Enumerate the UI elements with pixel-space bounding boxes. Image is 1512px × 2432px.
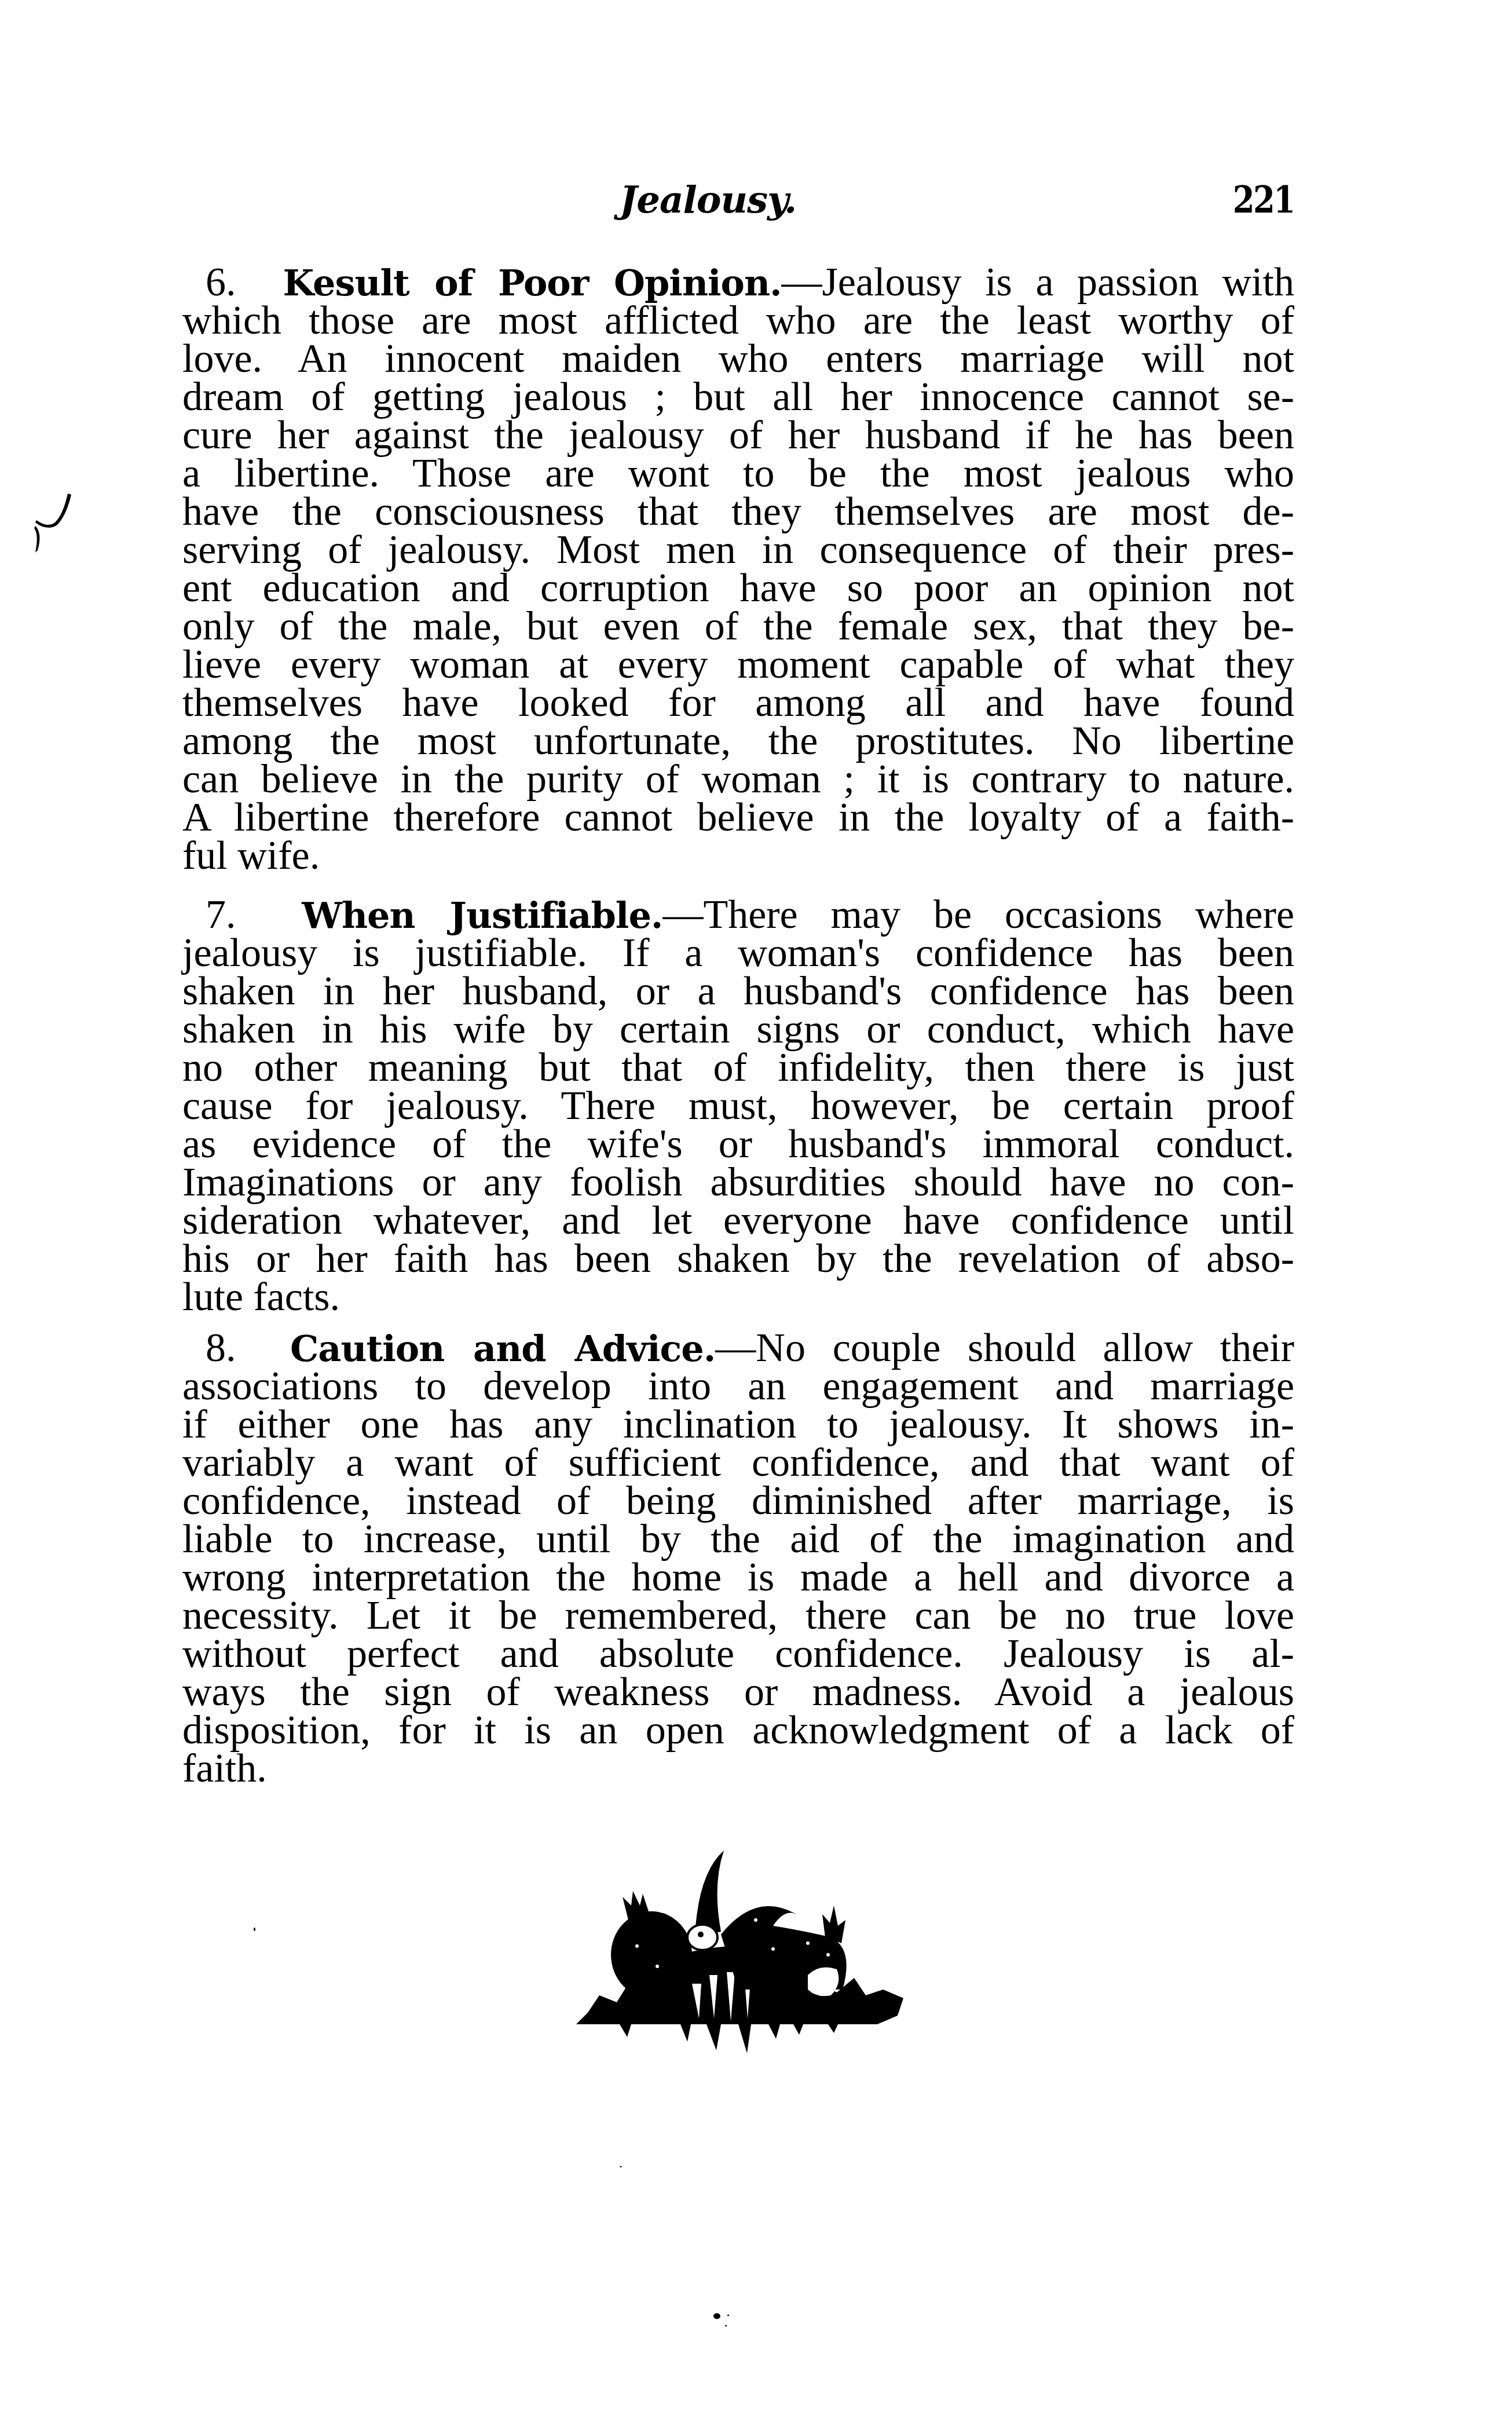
text-line: among the most unfortunate, the prostitu…	[182, 722, 1294, 760]
text-line: A libertine therefore cannot believe in …	[182, 799, 1294, 837]
text-line: lieve every woman at every moment capabl…	[182, 646, 1294, 684]
text-line: disposition, for it is an open acknowled…	[182, 1711, 1294, 1750]
text-line: if either one has any inclination to jea…	[182, 1406, 1294, 1444]
text-line: confidence, instead of being diminished …	[182, 1482, 1294, 1520]
text-line: no other meaning but that of infidelity,…	[182, 1049, 1294, 1087]
running-head-title: Jealousy.	[620, 178, 796, 222]
text-line: without perfect and absolute confidence.…	[182, 1635, 1294, 1673]
text-line: liable to increase, until by the aid of …	[182, 1520, 1294, 1559]
scan-speck	[725, 2325, 727, 2327]
text-line: wrong interpretation the home is made a …	[182, 1559, 1294, 1597]
text-line: which those are most afflicted who are t…	[182, 302, 1294, 340]
text-line: his or her faith has been shaken by the …	[182, 1240, 1294, 1278]
text-line: Imaginations or any foolish absurdities …	[182, 1164, 1294, 1202]
text-line: sideration whatever, and let everyone ha…	[182, 1202, 1294, 1240]
text-line: as evidence of the wife's or husband's i…	[182, 1125, 1294, 1164]
text-line: love. An innocent maiden who enters marr…	[182, 340, 1294, 378]
scan-speck	[727, 2314, 729, 2316]
text-line: dream of getting jealous ; but all her i…	[182, 378, 1294, 416]
scan-speck	[254, 1928, 255, 1931]
text-line: lute facts.	[182, 1278, 1294, 1316]
section-heading-line: 7. When Justifiable.—There may be occasi…	[206, 896, 1294, 934]
section-heading-line: 6. Kesult of Poor Opinion.—Jealousy is a…	[206, 264, 1294, 302]
running-head: Jealousy. 221	[182, 174, 1294, 232]
text-line: faith.	[182, 1750, 1294, 1788]
text-line: cause for jealousy. There must, however,…	[182, 1087, 1294, 1125]
page-number: 221	[1233, 178, 1294, 222]
text-line: can believe in the purity of woman ; it …	[182, 760, 1294, 799]
text-line: shaken in her husband, or a husband's co…	[182, 972, 1294, 1011]
section-heading-line: 8. Caution and Advice.—No couple should …	[206, 1329, 1294, 1367]
text-line: variably a want of sufficient confidence…	[182, 1444, 1294, 1482]
scan-speck	[620, 2166, 622, 2167]
text-line: ent education and corruption have so poo…	[182, 569, 1294, 608]
text-line: serving of jealousy. Most men in consequ…	[182, 531, 1294, 569]
text-line: cure her against the jealousy of her hus…	[182, 416, 1294, 455]
text-line: only of the male, but even of the female…	[182, 608, 1294, 646]
text-line: ful wife.	[182, 837, 1294, 875]
text-line: jealousy is justifiable. If a woman's co…	[182, 934, 1294, 972]
text-line: necessity. Let it be remembered, there c…	[182, 1597, 1294, 1635]
text-line: associations to develop into an engageme…	[182, 1367, 1294, 1406]
book-page: Jealousy. 221 6. Kesult of Poor Opinion.…	[0, 0, 1512, 2432]
scan-speck	[713, 2313, 720, 2319]
text-line: have the consciousness that they themsel…	[182, 493, 1294, 531]
text-line: shaken in his wife by certain signs or c…	[182, 1011, 1294, 1049]
handwritten-check-mark-icon	[32, 492, 78, 562]
text-line: a libertine. Those are wont to be the mo…	[182, 455, 1294, 493]
text-line: themselves have looked for among all and…	[182, 684, 1294, 722]
bird-nest-woodcut-icon	[565, 1850, 912, 2056]
text-line: ways the sign of weakness or madness. Av…	[182, 1673, 1294, 1711]
